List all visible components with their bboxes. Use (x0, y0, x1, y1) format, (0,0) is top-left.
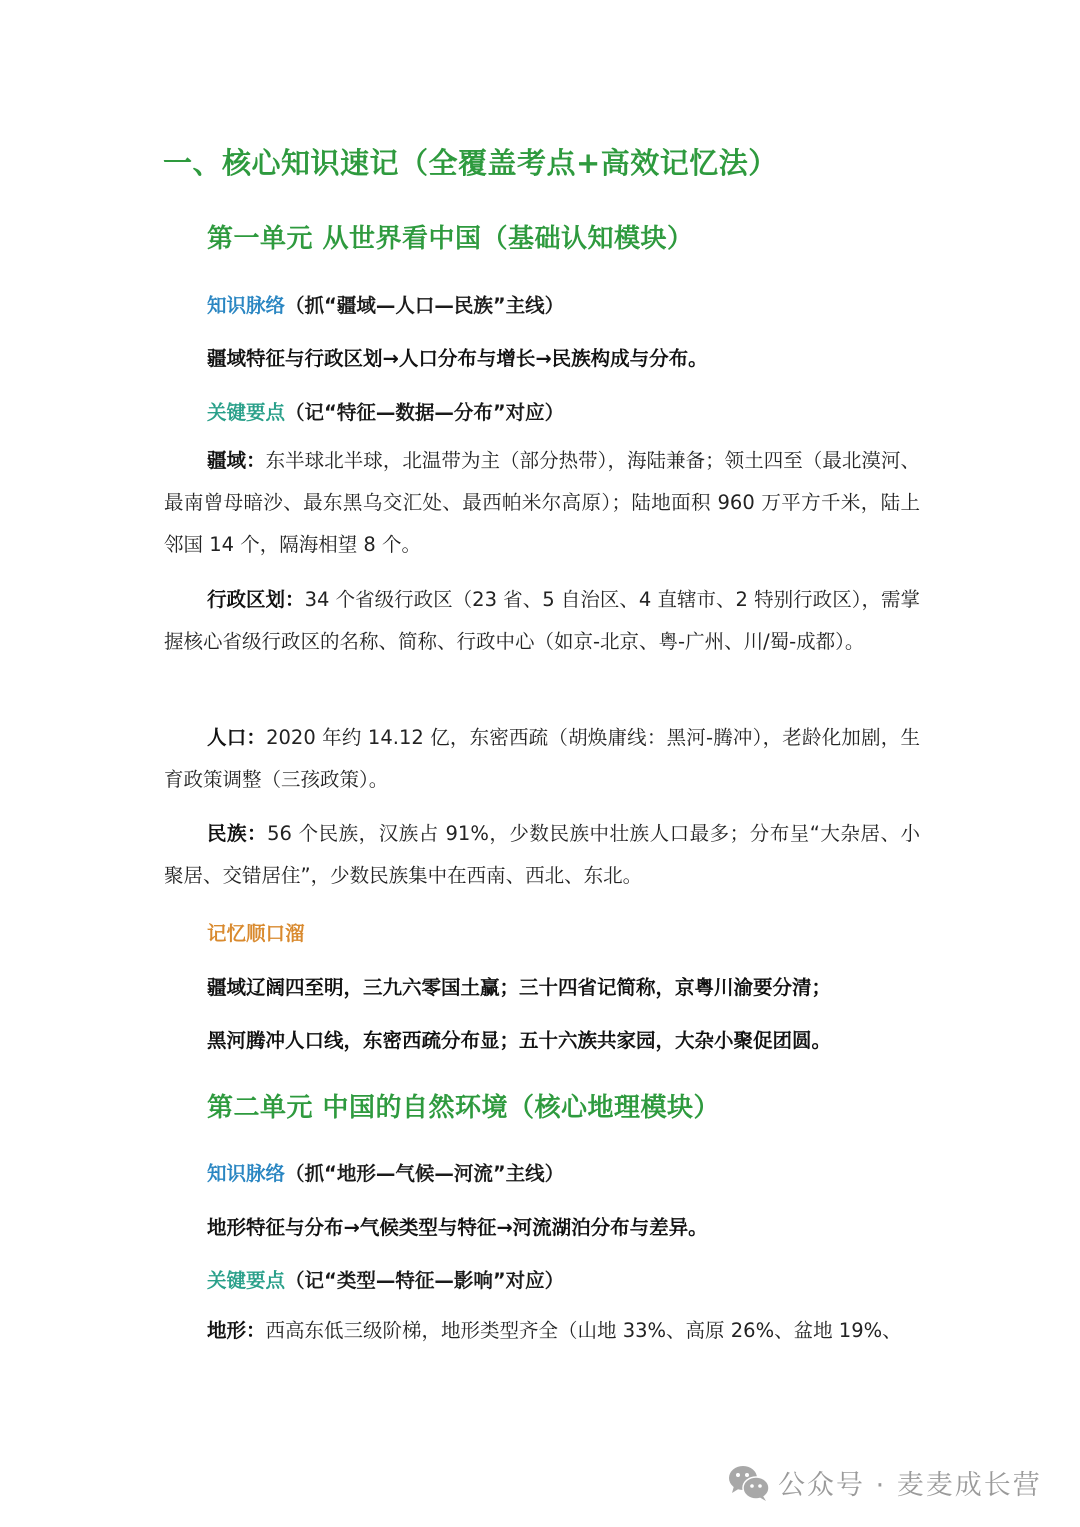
framework-label: 知识脉络 (207, 1162, 285, 1185)
point-text: 56 个民族，汉族占 91%，少数民族中壮族人口最多；分布呈“大杂居、小聚居、交… (164, 822, 920, 887)
framework-note: （抓“地形—气候—河流”主线） (285, 1162, 564, 1185)
section-title: 一、核心知识速记（全覆盖考点+高效记忆法） (163, 141, 778, 182)
point-key: 民族： (207, 822, 267, 845)
point-administrative: 行政区划：34 个省级行政区（23 省、5 自治区、4 直辖市、2 特别行政区）… (164, 579, 920, 663)
keypoints-label: 关键要点 (207, 401, 285, 424)
rhyme-label: 记忆顺口溜 (207, 918, 305, 946)
point-terrain: 地形：西高东低三级阶梯，地形类型齐全（山地 33%、高原 26%、盆地 19%、 (164, 1310, 920, 1352)
unit1-heading: 第一单元 从世界看中国（基础认知模块） (207, 218, 694, 255)
document-page: 一、核心知识速记（全覆盖考点+高效记忆法） 第一单元 从世界看中国（基础认知模块… (0, 0, 1080, 1527)
framework-note: （抓“疆域—人口—民族”主线） (285, 294, 564, 317)
keypoints-note: （记“类型—特征—影响”对应） (285, 1269, 564, 1292)
point-text: 西高东低三级阶梯，地形类型齐全（山地 33%、高原 26%、盆地 19%、 (266, 1319, 902, 1342)
rhyme-line-1: 疆域辽阔四至明，三九六零国土赢；三十四省记简称，京粤川渝要分清； (207, 972, 831, 1000)
wechat-icon (728, 1464, 770, 1502)
point-ethnic: 民族：56 个民族，汉族占 91%，少数民族中壮族人口最多；分布呈“大杂居、小聚… (164, 813, 920, 897)
unit2-keypoints-line: 关键要点（记“类型—特征—影响”对应） (207, 1265, 564, 1293)
watermark: 公众号 · 麦麦成长营 (728, 1463, 1042, 1502)
point-key: 人口： (207, 726, 266, 749)
unit2-framework-flow: 地形特征与分布→气候类型与特征→河流湖泊分布与差异。 (207, 1212, 708, 1240)
unit1-framework-line: 知识脉络（抓“疆域—人口—民族”主线） (207, 290, 564, 318)
watermark-text: 公众号 · 麦麦成长营 (778, 1463, 1042, 1502)
unit2-framework-line: 知识脉络（抓“地形—气候—河流”主线） (207, 1158, 564, 1186)
point-key: 地形： (207, 1319, 266, 1342)
unit1-framework-flow: 疆域特征与行政区划→人口分布与增长→民族构成与分布。 (207, 343, 708, 371)
keypoints-label: 关键要点 (207, 1269, 285, 1292)
point-text: 东半球北半球，北温带为主（部分热带），海陆兼备；领土四至（最北漠河、最南曾母暗沙… (164, 449, 920, 556)
keypoints-note: （记“特征—数据—分布”对应） (285, 401, 564, 424)
point-population: 人口：2020 年约 14.12 亿，东密西疏（胡焕庸线：黑河-腾冲），老龄化加… (164, 717, 920, 801)
framework-label: 知识脉络 (207, 294, 285, 317)
point-territory: 疆域：东半球北半球，北温带为主（部分热带），海陆兼备；领土四至（最北漠河、最南曾… (164, 440, 920, 566)
point-text: 2020 年约 14.12 亿，东密西疏（胡焕庸线：黑河-腾冲），老龄化加剧，生… (164, 726, 920, 791)
unit1-keypoints-line: 关键要点（记“特征—数据—分布”对应） (207, 397, 564, 425)
point-key: 疆域： (207, 449, 266, 472)
unit2-heading: 第二单元 中国的自然环境（核心地理模块） (207, 1087, 720, 1124)
rhyme-line-2: 黑河腾冲人口线，东密西疏分布显；五十六族共家园，大杂小聚促团圆。 (207, 1025, 831, 1053)
point-key: 行政区划： (207, 588, 305, 611)
